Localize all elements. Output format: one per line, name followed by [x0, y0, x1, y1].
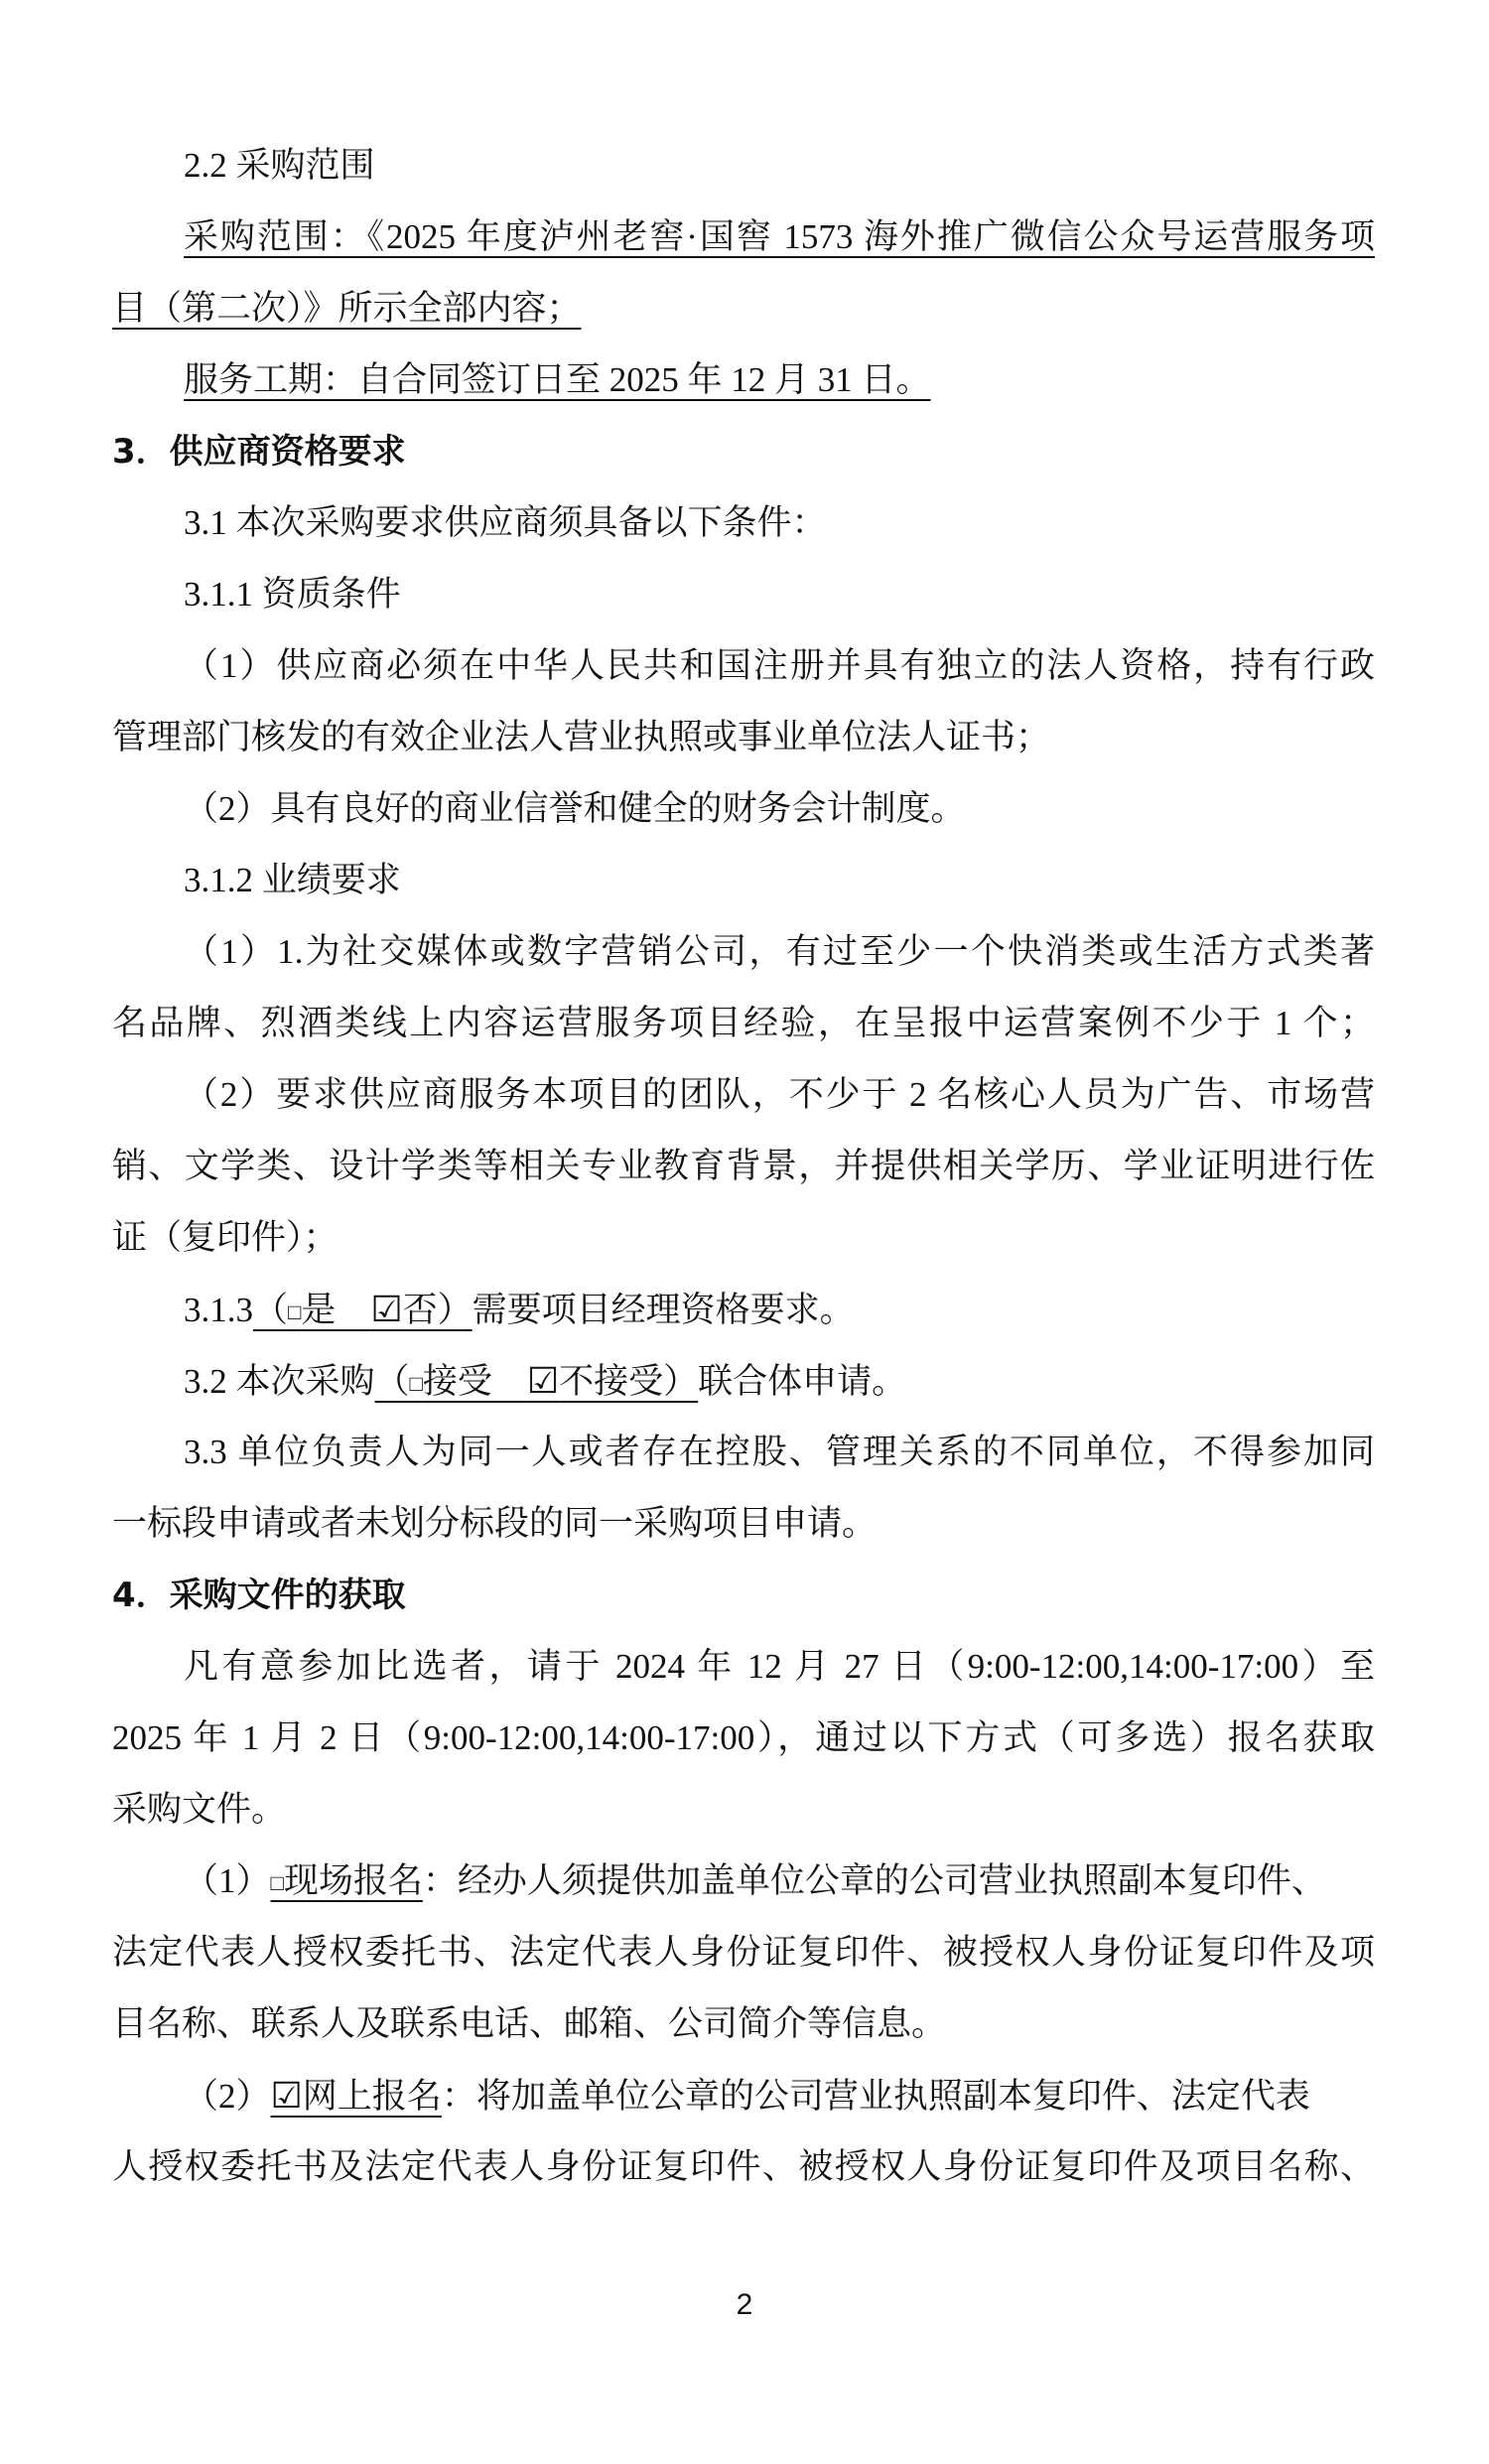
heading-text: 3．供应商资格要求	[112, 432, 406, 472]
qualification-item-2: （2）具有良好的商业信誉和健全的财务会计制度。	[112, 773, 1375, 845]
registration-online: （2）☑网上报名：将加盖单位公章的公司营业执照副本复印件、法定代表	[112, 2060, 1375, 2131]
procurement-scope-text: 采购范围：《2025 年度泸州老窖·国窖 1573 海外推广微信公众号运营服务项	[184, 217, 1375, 256]
line-text: 采购文件。	[112, 1790, 286, 1829]
section-3-heading: 3．供应商资格要求	[112, 416, 1375, 487]
service-period-line: 服务工期：自合同签订日至 2025 年 12 月 31 日。	[112, 344, 1375, 416]
checkbox-yes-unchecked-icon[interactable]: □	[288, 1300, 301, 1324]
line-text: 管理部门核发的有效企业法人营业执照或事业单位法人证书；	[112, 718, 1050, 756]
acquisition-paragraph-cont: 2025 年 1 月 2 日（9:00-12:00,14:00-17:00），通…	[112, 1703, 1375, 1774]
line-text: 3.3 单位负责人为同一人或者存在控股、管理关系的不同单位，不得参加同	[184, 1433, 1375, 1471]
procurement-scope-line-2: 目（第二次）》所示全部内容；	[112, 273, 1375, 344]
line-text: 联合体申请。	[698, 1362, 906, 1401]
line-text: （1）1.为社交媒体或数字营销公司，有过至少一个快消类或生活方式类著	[184, 932, 1375, 971]
qualification-item-1: （1）供应商必须在中华人民共和国注册并具有独立的法人资格，持有行政	[112, 630, 1375, 702]
acquisition-paragraph-end: 采购文件。	[112, 1774, 1375, 1846]
subsection-3-3-cont: 一标段申请或者未划分标段的同一采购项目申请。	[112, 1488, 1375, 1560]
registration-onsite: （1）□现场报名：经办人须提供加盖单位公章的公司营业执照副本复印件、	[112, 1846, 1375, 1917]
performance-item-1: （1）1.为社交媒体或数字营销公司，有过至少一个快消类或生活方式类著	[112, 916, 1375, 988]
page-number: 2	[725, 2285, 764, 2325]
checkbox-no-checked-icon[interactable]: ☑	[370, 1290, 402, 1329]
option-yes-label: 是	[301, 1291, 370, 1329]
line-text: 3.1.1 资质条件	[184, 575, 401, 614]
line-text: 3.1 本次采购要求供应商须具备以下条件：	[184, 503, 827, 542]
heading-text: 4．采购文件的获取	[112, 1575, 406, 1615]
line-text: 人授权委托书及法定代表人身份证复印件、被授权人身份证复印件及项目名称、	[112, 2147, 1375, 2186]
checkbox-online-checked-icon[interactable]: ☑	[271, 2076, 303, 2116]
line-text: 销、文学类、设计学类等相关专业教育背景，并提供相关学历、学业证明进行佐	[112, 1147, 1375, 1185]
procurement-scope-text-cont: 目（第二次）》所示全部内容；	[112, 289, 582, 328]
onsite-option: □现场报名	[271, 1861, 423, 1900]
performance-item-2-cont: 销、文学类、设计学类等相关专业教育背景，并提供相关学历、学业证明进行佐	[112, 1131, 1375, 1202]
line-text: 2.2 采购范围	[184, 146, 375, 185]
line-text: 名品牌、烈酒类线上内容运营服务项目经验，在呈报中运营案例不少于 1 个；	[112, 1004, 1375, 1042]
subsection-3-2: 3.2 本次采购（□接受 ☑不接受）联合体申请。	[112, 1345, 1375, 1417]
line-text: （2）要求供应商服务本项目的团队，不少于 2 名核心人员为广告、市场营	[184, 1075, 1375, 1114]
performance-item-2-end: 证（复印件）；	[112, 1202, 1375, 1274]
line-text: 法定代表人授权委托书、法定代表人身份证复印件、被授权人身份证复印件及项	[112, 1933, 1375, 1972]
online-label: 网上报名	[303, 2077, 442, 2116]
line-text: （1）供应商必须在中华人民共和国注册并具有独立的法人资格，持有行政	[184, 646, 1375, 685]
document-page: 2.2 采购范围 采购范围：《2025 年度泸州老窖·国窖 1573 海外推广微…	[0, 0, 1489, 2464]
performance-item-2: （2）要求供应商服务本项目的团队，不少于 2 名核心人员为广告、市场营	[112, 1059, 1375, 1131]
subsection-2-2-title: 2.2 采购范围	[112, 130, 1375, 202]
online-option: ☑网上报名	[271, 2077, 442, 2116]
line-text: 2025 年 1 月 2 日（9:00-12:00,14:00-17:00），通…	[112, 1718, 1375, 1757]
section-4-heading: 4．采购文件的获取	[112, 1560, 1375, 1631]
checkbox-onsite-unchecked-icon[interactable]: □	[271, 1870, 284, 1895]
subsection-3-1-1-title: 3.1.1 资质条件	[112, 559, 1375, 630]
line-text: 凡有意参加比选者，请于 2024 年 12 月 27 日（9:00-12:00,…	[184, 1647, 1375, 1686]
subsection-3-1-3: 3.1.3（□是 ☑否）需要项目经理资格要求。	[112, 1274, 1375, 1345]
option-group-consortium: （□接受 ☑不接受）	[375, 1362, 699, 1401]
line-text: ：将加盖单位公章的公司营业执照副本复印件、法定代表	[442, 2077, 1310, 2116]
line-text: 证（复印件）；	[112, 1218, 338, 1257]
checkbox-accept-unchecked-icon[interactable]: □	[410, 1371, 423, 1396]
subsection-3-3: 3.3 单位负责人为同一人或者存在控股、管理关系的不同单位，不得参加同	[112, 1417, 1375, 1488]
line-text: ：经办人须提供加盖单位公章的公司营业执照副本复印件、	[423, 1861, 1326, 1900]
open-paren: （	[253, 1291, 288, 1329]
qualification-item-1-cont: 管理部门核发的有效企业法人营业执照或事业单位法人证书；	[112, 702, 1375, 773]
acquisition-paragraph: 凡有意参加比选者，请于 2024 年 12 月 27 日（9:00-12:00,…	[112, 1631, 1375, 1703]
subsection-3-1-2-title: 3.1.2 业绩要求	[112, 845, 1375, 916]
option-not-accept-label: 不接受）	[559, 1362, 698, 1401]
line-text: 3.1.3	[184, 1291, 253, 1329]
procurement-scope-line-1: 采购范围：《2025 年度泸州老窖·国窖 1573 海外推广微信公众号运营服务项	[112, 202, 1375, 273]
registration-onsite-cont: 法定代表人授权委托书、法定代表人身份证复印件、被授权人身份证复印件及项	[112, 1917, 1375, 1988]
checkbox-not-accept-checked-icon[interactable]: ☑	[527, 1361, 559, 1401]
open-paren: （	[375, 1362, 410, 1401]
line-text: 一标段申请或者未划分标段的同一采购项目申请。	[112, 1504, 877, 1543]
performance-item-1-cont: 名品牌、烈酒类线上内容运营服务项目经验，在呈报中运营案例不少于 1 个；	[112, 988, 1375, 1059]
option-group-project-manager: （□是 ☑否）	[253, 1291, 473, 1329]
line-text: （1）	[184, 1861, 271, 1900]
line-text: 3.1.2 业绩要求	[184, 861, 401, 899]
option-no-label: 否）	[403, 1291, 473, 1329]
registration-onsite-end: 目名称、联系人及联系电话、邮箱、公司简介等信息。	[112, 1988, 1375, 2060]
onsite-label: 现场报名	[284, 1861, 423, 1900]
line-text: 3.2 本次采购	[184, 1362, 375, 1401]
line-text: （2）具有良好的商业信誉和健全的财务会计制度。	[184, 789, 966, 828]
registration-online-cont: 人授权委托书及法定代表人身份证复印件、被授权人身份证复印件及项目名称、	[112, 2131, 1375, 2203]
line-text: 目名称、联系人及联系电话、邮箱、公司简介等信息。	[112, 2004, 946, 2043]
service-period-text: 服务工期：自合同签订日至 2025 年 12 月 31 日。	[184, 360, 931, 399]
line-text: 需要项目经理资格要求。	[473, 1291, 855, 1329]
subsection-3-1: 3.1 本次采购要求供应商须具备以下条件：	[112, 487, 1375, 559]
line-text: （2）	[184, 2077, 271, 2116]
option-accept-label: 接受	[423, 1362, 527, 1401]
